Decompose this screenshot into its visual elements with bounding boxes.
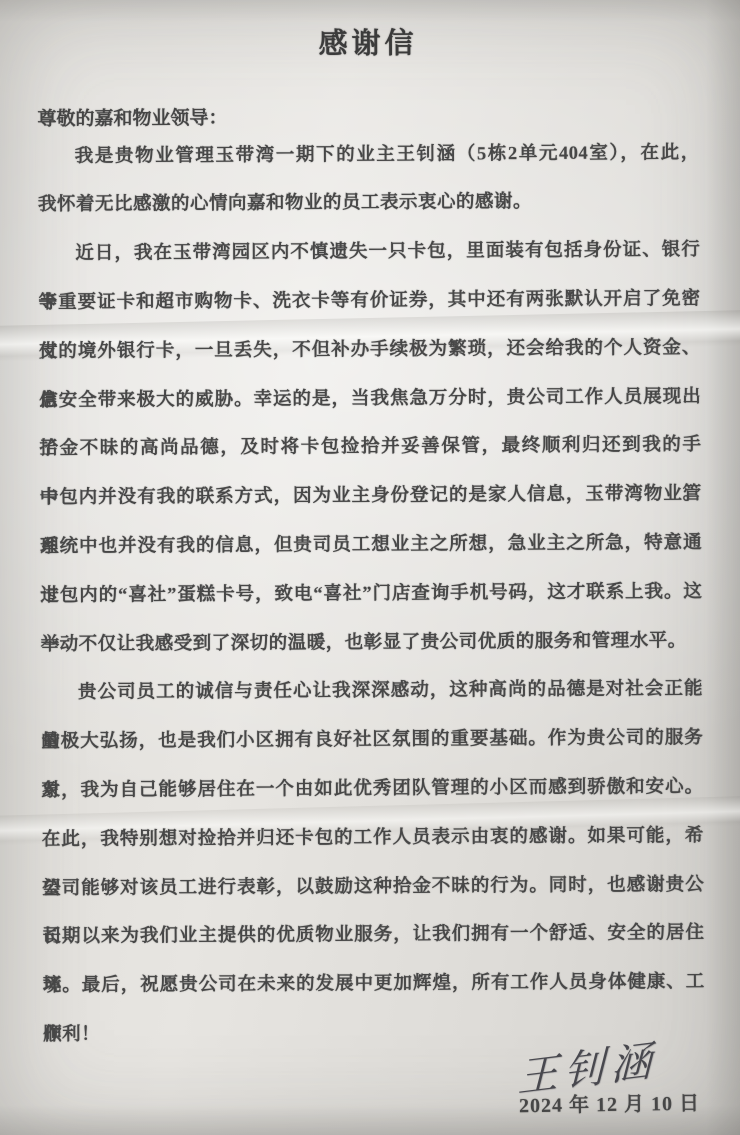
letter-line: 的极大弘扬，也是我们小区拥有良好社区氛围的重要基础。作为贵公司的服务对	[41, 714, 703, 767]
letter-line: 卡包内的“喜社”蛋糕卡号，致电“喜社”门店查询手机号码，这才联系上我。这一	[40, 568, 702, 621]
letter-line: 境。最后，祝愿贵公司在未来的发展中更加辉煌，所有工作人员身体健康、工作	[43, 958, 705, 1011]
letter-content: 感谢信 尊敬的嘉和物业领导： 我是贵物业管理玉带湾一期下的业主王钊涵（5栋2单元…	[37, 0, 705, 1060]
letter-line: 系统中也并没有我的信息，但贵司员工想业主之所想，急业主之所急，特意通过	[40, 519, 702, 572]
letter-line: 长期以来为我们业主提供的优质物业服务，让我们拥有一个舒适、安全的居住环	[42, 909, 704, 962]
letter-line: 贵公司员工的诚信与责任心让我深深感动，这种高尚的品德是对社会正能量	[41, 665, 703, 718]
letter-line: 拾金不昧的高尚品德，及时将卡包捡拾并妥善保管，最终顺利归还到我的手中。	[39, 421, 701, 474]
letter-line: 我怀着无比感激的心情向嘉和物业的员工表示衷心的感谢。	[38, 177, 700, 230]
letter-line: 等重要证卡和超市购物卡、洗衣卡等有价证券，其中还有两张默认开启了免密支	[38, 275, 700, 328]
letter-body: 我是贵物业管理玉带湾一期下的业主王钊涵（5栋2单元404室），在此， 我怀着无比…	[38, 129, 706, 1060]
letter-line: 息安全带来极大的威胁。幸运的是，当我焦急万分时，贵公司工作人员展现出了	[39, 373, 701, 426]
letter-title: 感谢信	[37, 22, 699, 67]
letter-line: 付的境外银行卡，一旦丢失，不但补办手续极为繁琐，还会给我的个人资金、信	[39, 324, 701, 377]
letter-line: 公司能够对该员工进行表彰，以鼓励这种拾金不昧的行为。同时，也感谢贵公司	[42, 861, 704, 914]
letter-line: 我是贵物业管理玉带湾一期下的业主王钊涵（5栋2单元404室），在此，	[38, 129, 700, 182]
letter-line: 举动不仅让我感受到了深切的温暖，也彰显了贵公司优质的服务和管理水平。	[41, 617, 703, 670]
letter-salutation: 尊敬的嘉和物业领导：	[37, 103, 699, 133]
paper-shadow-right	[706, 0, 740, 1135]
letter-line: 卡包内并没有我的联系方式，因为业主身份登记的是家人信息，玉带湾物业管理	[40, 470, 702, 523]
letter-line: 近日，我在玉带湾园区内不慎遗失一只卡包，里面装有包括身份证、银行卡	[38, 226, 700, 279]
letter-photo: 感谢信 尊敬的嘉和物业领导： 我是贵物业管理玉带湾一期下的业主王钊涵（5栋2单元…	[0, 0, 740, 1135]
letter-date: 2024 年 12 月 10 日	[519, 1087, 700, 1119]
letter-line: 在此，我特别想对捡拾并归还卡包的工作人员表示由衷的感谢。如果可能，希望	[42, 812, 704, 865]
letter-line: 象，我为自己能够居住在一个由如此优秀团队管理的小区而感到骄傲和安心。	[41, 763, 703, 816]
